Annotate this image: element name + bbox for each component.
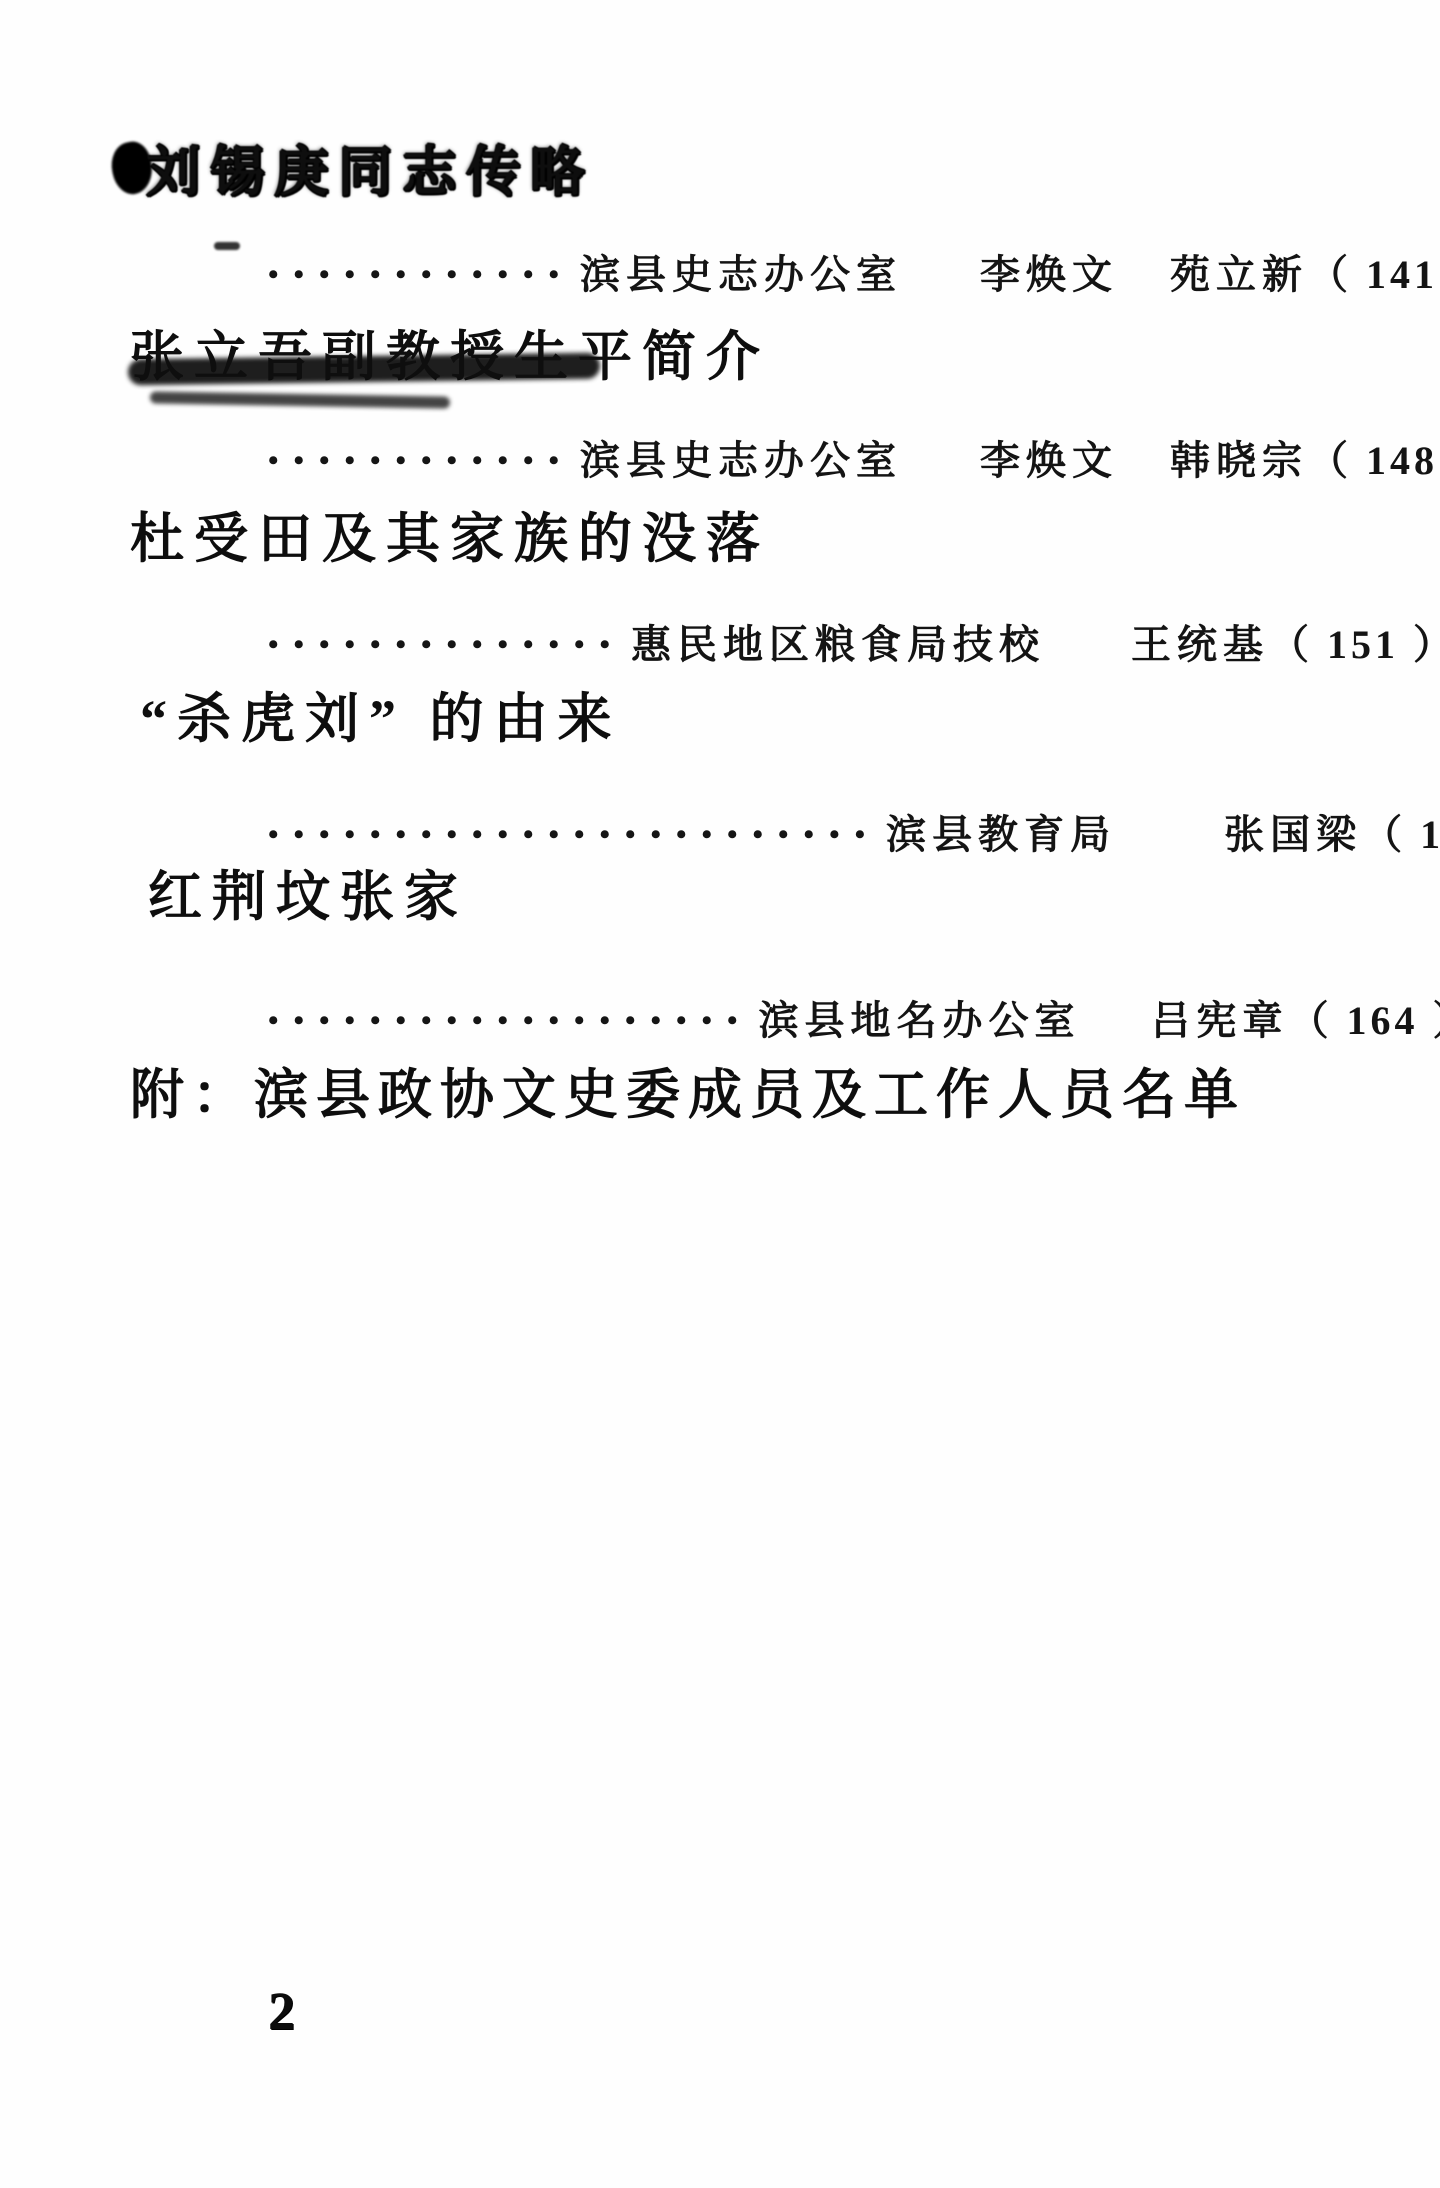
author-name: 苑立新	[1170, 252, 1308, 297]
toc-entry-title: “杀虎刘” 的由来	[140, 692, 622, 746]
author-name: 吕宪章	[1151, 998, 1289, 1043]
toc-entry-attribution: ••••••••••••滨县史志办公室李焕文苑立新（ 141 ）	[268, 252, 1440, 298]
toc-entry-attribution: ••••••••••••••••••••••••滨县教育局张国梁（ 162 ）	[268, 812, 1440, 858]
ink-smear-artifact	[150, 391, 450, 408]
page-reference: （ 162 ）	[1362, 812, 1440, 857]
org-name: 滨县史志办公室	[580, 252, 902, 297]
dot-leader: ••••••••••••••••••••••••	[268, 818, 880, 851]
page-reference: （ 148 ）	[1308, 438, 1440, 483]
scanned-toc-page: 刘锡庚同志传略 ••••••••••••滨县史志办公室李焕文苑立新（ 141 ）…	[0, 0, 1440, 2188]
author-name: 李焕文	[980, 438, 1118, 483]
author-name: 韩晓宗	[1170, 438, 1308, 483]
toc-entry-attribution: ••••••••••••滨县史志办公室李焕文韩晓宗（ 148 ）	[268, 438, 1440, 484]
page-reference: （ 164 ）	[1289, 998, 1440, 1043]
toc-entry-title: 红荆坟张家	[148, 870, 468, 924]
toc-entry-title: 张立吾副教授生平简介	[130, 330, 770, 384]
org-name: 滨县教育局	[886, 812, 1116, 857]
org-name: 滨县史志办公室	[580, 438, 902, 483]
appendix-line: 附：滨县政协文史委成员及工作人员名单	[130, 1052, 1246, 1129]
page-reference: （ 141 ）	[1308, 252, 1440, 297]
ink-speck-artifact	[214, 242, 240, 250]
org-name: 惠民地区粮食局技校	[631, 622, 1045, 667]
org-name: 滨县地名办公室	[759, 998, 1081, 1043]
dot-leader: ••••••••••••••	[268, 628, 625, 661]
dot-leader: ••••••••••••	[268, 258, 574, 291]
dot-leader: •••••••••••••••••••	[268, 1004, 753, 1037]
toc-entry-title: 刘锡庚同志传略	[146, 145, 594, 199]
author-name: 李焕文	[980, 252, 1118, 297]
author-name: 王统基	[1131, 622, 1269, 667]
author-name: 张国梁	[1224, 812, 1362, 857]
page-reference: （ 151 ）	[1269, 622, 1440, 667]
toc-entry-title: 杜受田及其家族的没落	[130, 512, 770, 566]
toc-entry-attribution: •••••••••••••••••••滨县地名办公室吕宪章（ 164 ）	[268, 998, 1440, 1044]
page-number: 2	[268, 1980, 295, 2042]
toc-entry-attribution: ••••••••••••••惠民地区粮食局技校王统基（ 151 ）	[268, 622, 1440, 668]
dot-leader: ••••••••••••	[268, 444, 574, 477]
